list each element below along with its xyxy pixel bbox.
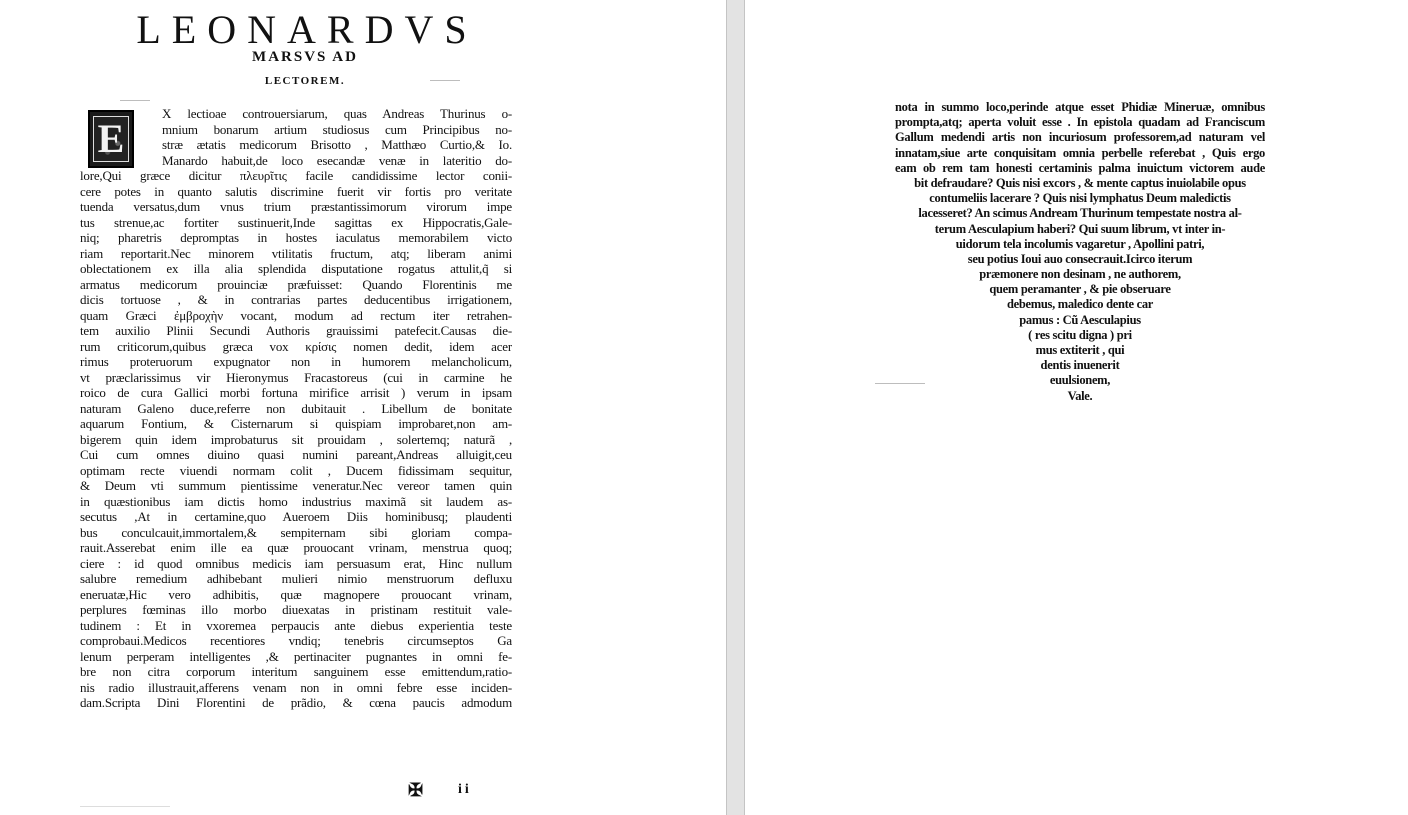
text-line: stræ ætatis medicorum Brisotto , Matthæo… (80, 137, 512, 153)
text-line: perplures fœminas illo morbo diuexatas i… (80, 602, 512, 618)
text-line: rauit.Asserebat enim ille ea quæ prouoca… (80, 540, 512, 556)
text-line: dam.Scripta Dini Florentini de prãdio, &… (80, 695, 512, 711)
text-line: bre non citra corporum interitum sanguin… (80, 664, 512, 680)
right-page: nota in summo loco,perinde atque esset P… (745, 0, 1408, 815)
text-line: ciere : id quod omnibus medicis iam pers… (80, 556, 512, 572)
text-line: quem peramanter , & pie obseruare (895, 282, 1265, 297)
text-line: lacesseret? An scimus Andream Thurinum t… (895, 206, 1265, 221)
text-line: & Deum vti summum pientissime veneratur.… (80, 478, 512, 494)
text-line: in quæstionibus iam dictis homo industri… (80, 494, 512, 510)
text-line: quam Græci ἐμβροχὴν vocant, modum ad rec… (80, 308, 512, 324)
text-line: cere potes in quanto salutis discrimine … (80, 184, 512, 200)
text-line: aquarum Fontium, & Cisternarum si quispi… (80, 416, 512, 432)
text-line: mnium bonarum artium studiosus cum Princ… (80, 122, 512, 138)
body-text-left: X lectioae controuersiarum, quas Andreas… (80, 106, 512, 711)
text-line: eneruatæ,Hic vero adhibitis, quæ magnope… (80, 587, 512, 603)
text-line: præmonere non desinam , ne authorem, (895, 267, 1265, 282)
text-line: nota in summo loco,perinde atque esset P… (895, 100, 1265, 115)
text-line: rimus proteruorum expugnator non in humo… (80, 354, 512, 370)
scan-noise (875, 383, 925, 384)
scan-noise (80, 806, 170, 807)
page-subtitle-2: LECTOREM. (200, 74, 410, 88)
text-line: armatus medicorum prouinciæ præfuisset: … (80, 277, 512, 293)
text-line: mus extiterit , qui (895, 343, 1265, 358)
text-line: vt præclarissimus vir Hieronymus Fracast… (80, 370, 512, 386)
text-line: X lectioae controuersiarum, quas Andreas… (80, 106, 512, 122)
cross-ornament-icon: ✠ (408, 780, 423, 801)
signature-mark: ii (458, 782, 472, 798)
text-line: contumeliis lacerare ? Quis nisi lymphat… (895, 191, 1265, 206)
text-line: lore,Qui græce dicitur πλευρῖτις facile … (80, 168, 512, 184)
text-line: dentis inuenerit (895, 358, 1265, 373)
text-line: terum Aesculapium haberi? Qui suum libru… (895, 222, 1265, 237)
text-line: lenum perperam intelligentes ,& pertinac… (80, 649, 512, 665)
text-line: optimam recte viuendi normam colit , Duc… (80, 463, 512, 479)
text-line: Manardo habuit,de loco esecandæ venæ in … (80, 153, 512, 169)
text-line: niq; pharetris depromptas in hostes iacu… (80, 230, 512, 246)
text-line: tem auxilio Plinii Secundi Authoris grau… (80, 323, 512, 339)
text-line: tus strenue,ac fortiter sustinuerit,Inde… (80, 215, 512, 231)
text-line: bit defraudare? Quis nisi excors , & men… (895, 176, 1265, 191)
text-line: prompta,atq; aperta voluit esse . In epi… (895, 115, 1265, 130)
text-line: euulsionem, (895, 373, 1265, 388)
text-line: naturam Galeno duce,referre non dubitaui… (80, 401, 512, 417)
text-line: comprobaui.Medicos recentiores vndiq; te… (80, 633, 512, 649)
page-gutter-divider (726, 0, 745, 815)
text-line: uidorum tela incolumis vagaretur , Apoll… (895, 237, 1265, 252)
text-line: salubre remedium adhibebant mulieri nimi… (80, 571, 512, 587)
scan-noise (120, 100, 150, 101)
text-line: roico de cura Gallici morbi fortuna miri… (80, 385, 512, 401)
text-line: riam reportarit.Nec minorem vtilitatis f… (80, 246, 512, 262)
text-line: bus conculcauit,immortalem,& sempiternam… (80, 525, 512, 541)
text-line: tuenda versatus,dum vnus trium præstanti… (80, 199, 512, 215)
text-line: Gallum medendi artis non incuriosum prof… (895, 130, 1265, 145)
text-line: innatam,siue arte conquisitam omnia perb… (895, 146, 1265, 161)
text-line: nis radio illustrauit,afferens venam non… (80, 680, 512, 696)
text-line: Vale. (895, 389, 1265, 404)
text-line: Cui cum omnes diuino quasi numini parean… (80, 447, 512, 463)
text-line: pamus : Cũ Aesculapius (895, 313, 1265, 328)
text-line: dicis tortuose , & in contrarias partes … (80, 292, 512, 308)
text-line: ( res scitu digna ) pri (895, 328, 1265, 343)
text-line: eam ob rem tam honesti certaminis palma … (895, 161, 1265, 176)
text-line: debemus, maledico dente car (895, 297, 1265, 312)
text-line: tudinem : Et in vxoremea perpaucis ante … (80, 618, 512, 634)
text-line: rum criticorum,quibus græca vox κρίσις n… (80, 339, 512, 355)
scan-noise (430, 80, 460, 81)
page-footer: ✠ ii (400, 780, 520, 800)
page-title: LEONARDVS (122, 8, 492, 52)
body-text-right: nota in summo loco,perinde atque esset P… (895, 100, 1265, 404)
text-line: oblectationem ex illa alia splendida dis… (80, 261, 512, 277)
text-line: bigerem quin idem improbaturus sit proui… (80, 432, 512, 448)
left-page: LEONARDVS MARSVS AD LECTOREM. E X lectio… (0, 0, 726, 815)
text-line: secutus ,At in certamine,quo Aueroem Dii… (80, 509, 512, 525)
page-subtitle: MARSVS AD (200, 48, 410, 66)
text-line: seu potius Ioui auo consecrauit.Icirco i… (895, 252, 1265, 267)
